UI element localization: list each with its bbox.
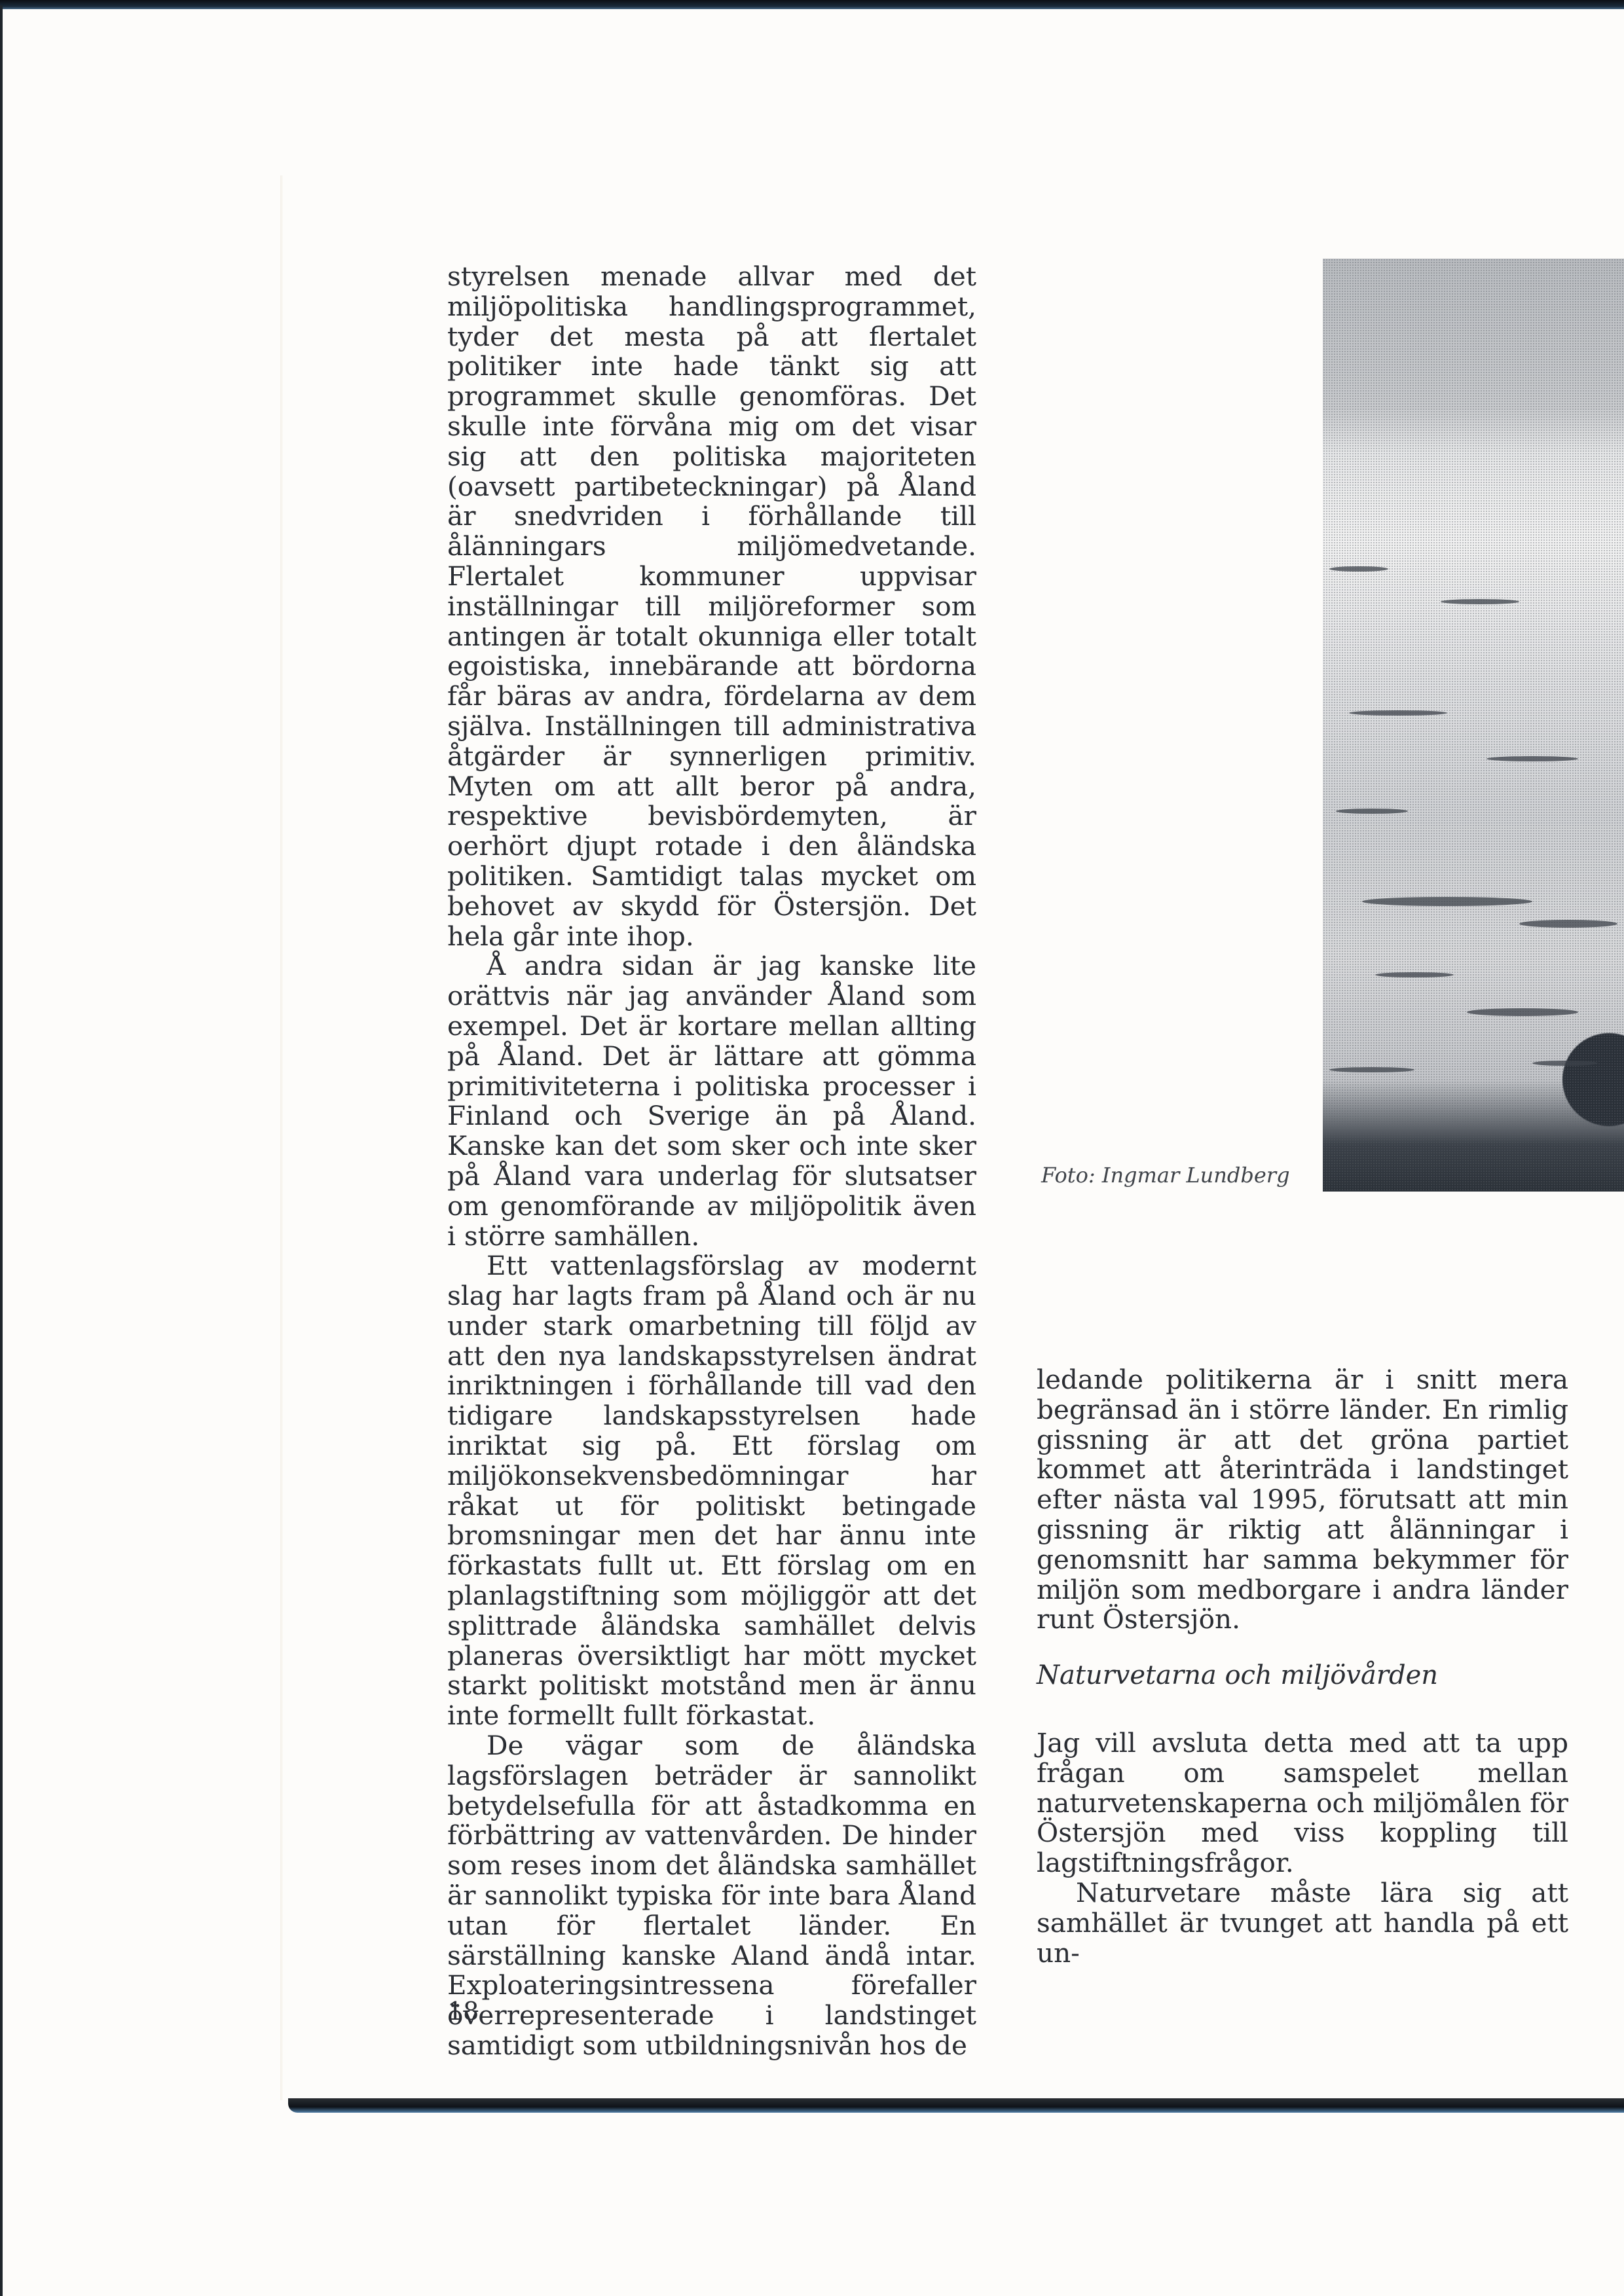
right-text-column: ledande politikerna är i snitt mera begr… [1037, 1365, 1568, 1635]
inner-page-edge [280, 175, 283, 2100]
wave-shape [1349, 710, 1447, 716]
page-number: 18 [447, 1997, 479, 2026]
paragraph: Ett vattenlagsförslag av modernt slag ha… [447, 1251, 976, 1731]
wave-shape [1362, 897, 1532, 906]
wave-shape [1329, 1067, 1414, 1072]
paragraph: styrelsen menade allvar med det miljöpol… [447, 262, 976, 951]
right-text-column-section: Jag vill avsluta detta med att ta upp fr… [1037, 1728, 1568, 1968]
wave-shape [1329, 566, 1388, 572]
paragraph: Naturvetare måste lära sig att samhället… [1037, 1878, 1568, 1968]
wave-shape [1375, 972, 1454, 977]
section-heading: Naturvetarna och miljövården [1037, 1660, 1568, 1690]
left-text-column: styrelsen menade allvar med det miljöpol… [447, 262, 976, 2061]
paragraph: Jag vill avsluta detta med att ta upp fr… [1037, 1728, 1568, 1878]
paragraph: De vägar som de åländska lagsförslagen b… [447, 1731, 976, 2061]
wave-shape [1532, 1061, 1598, 1066]
scan-top-edge [0, 0, 1624, 9]
photo-caption: Foto: Ingmar Lundberg [1041, 1162, 1316, 1188]
wave-shape [1486, 756, 1578, 761]
paragraph: ledande politikerna är i snitt mera begr… [1037, 1365, 1568, 1635]
sea-photo [1323, 259, 1624, 1192]
wave-shape [1336, 809, 1408, 814]
wave-shape [1441, 599, 1519, 604]
scan-left-edge [0, 5, 3, 2296]
paragraph: Å andra sidan är jag kanske lite orättvi… [447, 951, 976, 1251]
wave-shape [1467, 1008, 1578, 1016]
wave-shape [1519, 920, 1617, 928]
scan-bottom-shadow [288, 2098, 1624, 2113]
